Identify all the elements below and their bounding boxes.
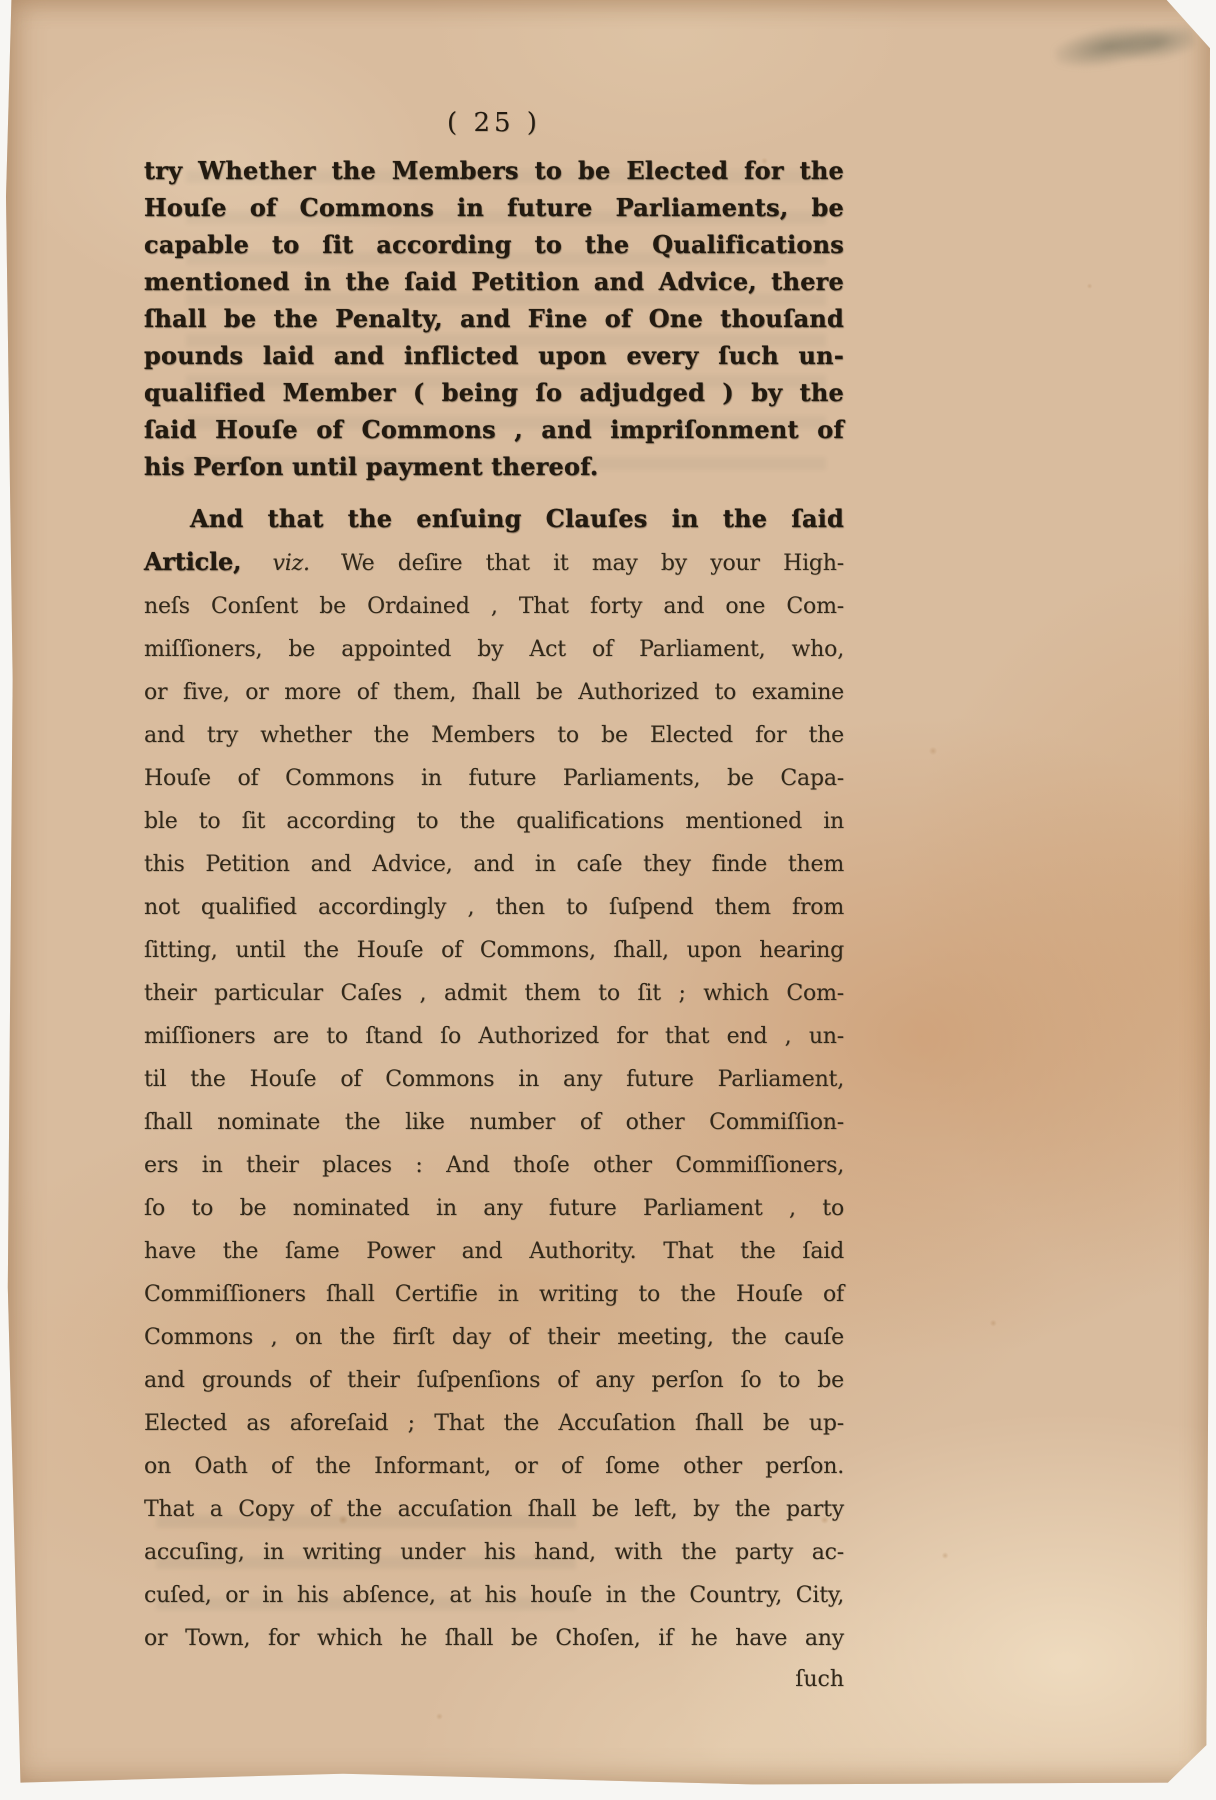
text-line: try Whether the Members to be Elected fo…: [144, 152, 844, 189]
text-line: or five, or more of them, ſhall be Autho…: [144, 671, 844, 714]
text-line: his Perſon until payment thereof.: [144, 448, 844, 485]
text-line: on Oath of the Informant, or of ſome oth…: [144, 1445, 844, 1488]
text-line: Article, viz. We deſire that it may by y…: [144, 540, 844, 585]
text-line: mentioned in the ſaid Petition and Advic…: [144, 263, 844, 300]
text-line: ſhall be the Penalty, and Fine of One th…: [144, 300, 844, 337]
catchword: ſuch: [144, 1660, 844, 1700]
text-line: or Town, for which he ſhall be Choſen, i…: [144, 1617, 844, 1660]
text-line: cuſed, or in his abſence, at his houſe i…: [144, 1574, 844, 1617]
page-number: ( 25 ): [144, 108, 844, 138]
text-line: have the ſame Power and Authority. That …: [144, 1230, 844, 1273]
text-line: and grounds of their ſuſpenſions of any …: [144, 1359, 844, 1402]
text-line: til the Houſe of Commons in any future P…: [144, 1058, 844, 1101]
text-line: ble to ſit according to the qualificatio…: [144, 800, 844, 843]
ink-smudge: [1051, 8, 1197, 80]
text-line: pounds laid and inflicted upon every ſuc…: [144, 337, 844, 374]
text-line: accuſing, in writing under his hand, wit…: [144, 1531, 844, 1574]
text-line: neſs Conſent be Ordained , That forty an…: [144, 585, 844, 628]
text-line: their particular Caſes , admit them to ſ…: [144, 972, 844, 1015]
text-column: ( 25 ) try Whether the Members to be Ele…: [144, 108, 844, 1700]
text-line: ſo to be nominated in any future Parliam…: [144, 1187, 844, 1230]
text-line: ſitting, until the Houſe of Commons, ſha…: [144, 929, 844, 972]
blackletter-word: Article,: [144, 547, 241, 576]
text-line: ſaid Houſe of Commons , and impriſonment…: [144, 411, 844, 448]
text-line: Houſe of Commons in future Parliaments, …: [144, 757, 844, 800]
text-line: Commiſſioners ſhall Certifie in writing …: [144, 1273, 844, 1316]
roman-paragraph: And that the enſuing Clauſes in the ſaid…: [144, 497, 844, 1700]
text-line: miſſioners, be appointed by Act of Parli…: [144, 628, 844, 671]
text-line: ſhall nominate the like number of other …: [144, 1101, 844, 1144]
text-line: qualified Member ( being ſo adjudged ) b…: [144, 374, 844, 411]
viz-abbreviation: viz.: [273, 551, 310, 576]
roman-text: We deſire that it may by your High-: [341, 551, 844, 576]
text-line: Houſe of Commons in future Parliaments, …: [144, 189, 844, 226]
text-line: Commons , on the firſt day of their meet…: [144, 1316, 844, 1359]
text-line: miſſioners are to ſtand ſo Authorized fo…: [144, 1015, 844, 1058]
text-line: and try whether the Members to be Electe…: [144, 714, 844, 757]
document-page: ( 25 ) try Whether the Members to be Ele…: [6, 0, 1210, 1788]
text-line: That a Copy of the accuſation ſhall be l…: [144, 1488, 844, 1531]
blackletter-paragraph: try Whether the Members to be Elected fo…: [144, 152, 844, 485]
text-line: Elected as aforeſaid ; That the Accuſati…: [144, 1402, 844, 1445]
text-line: capable to ſit according to the Qualific…: [144, 226, 844, 263]
scan-background: ( 25 ) try Whether the Members to be Ele…: [0, 0, 1216, 1800]
text-line: this Petition and Advice, and in caſe th…: [144, 843, 844, 886]
text-line: And that the enſuing Clauſes in the ſaid: [144, 497, 844, 540]
text-line: not qualified accordingly , then to ſuſp…: [144, 886, 844, 929]
text-line: ers in their places : And thoſe other Co…: [144, 1144, 844, 1187]
